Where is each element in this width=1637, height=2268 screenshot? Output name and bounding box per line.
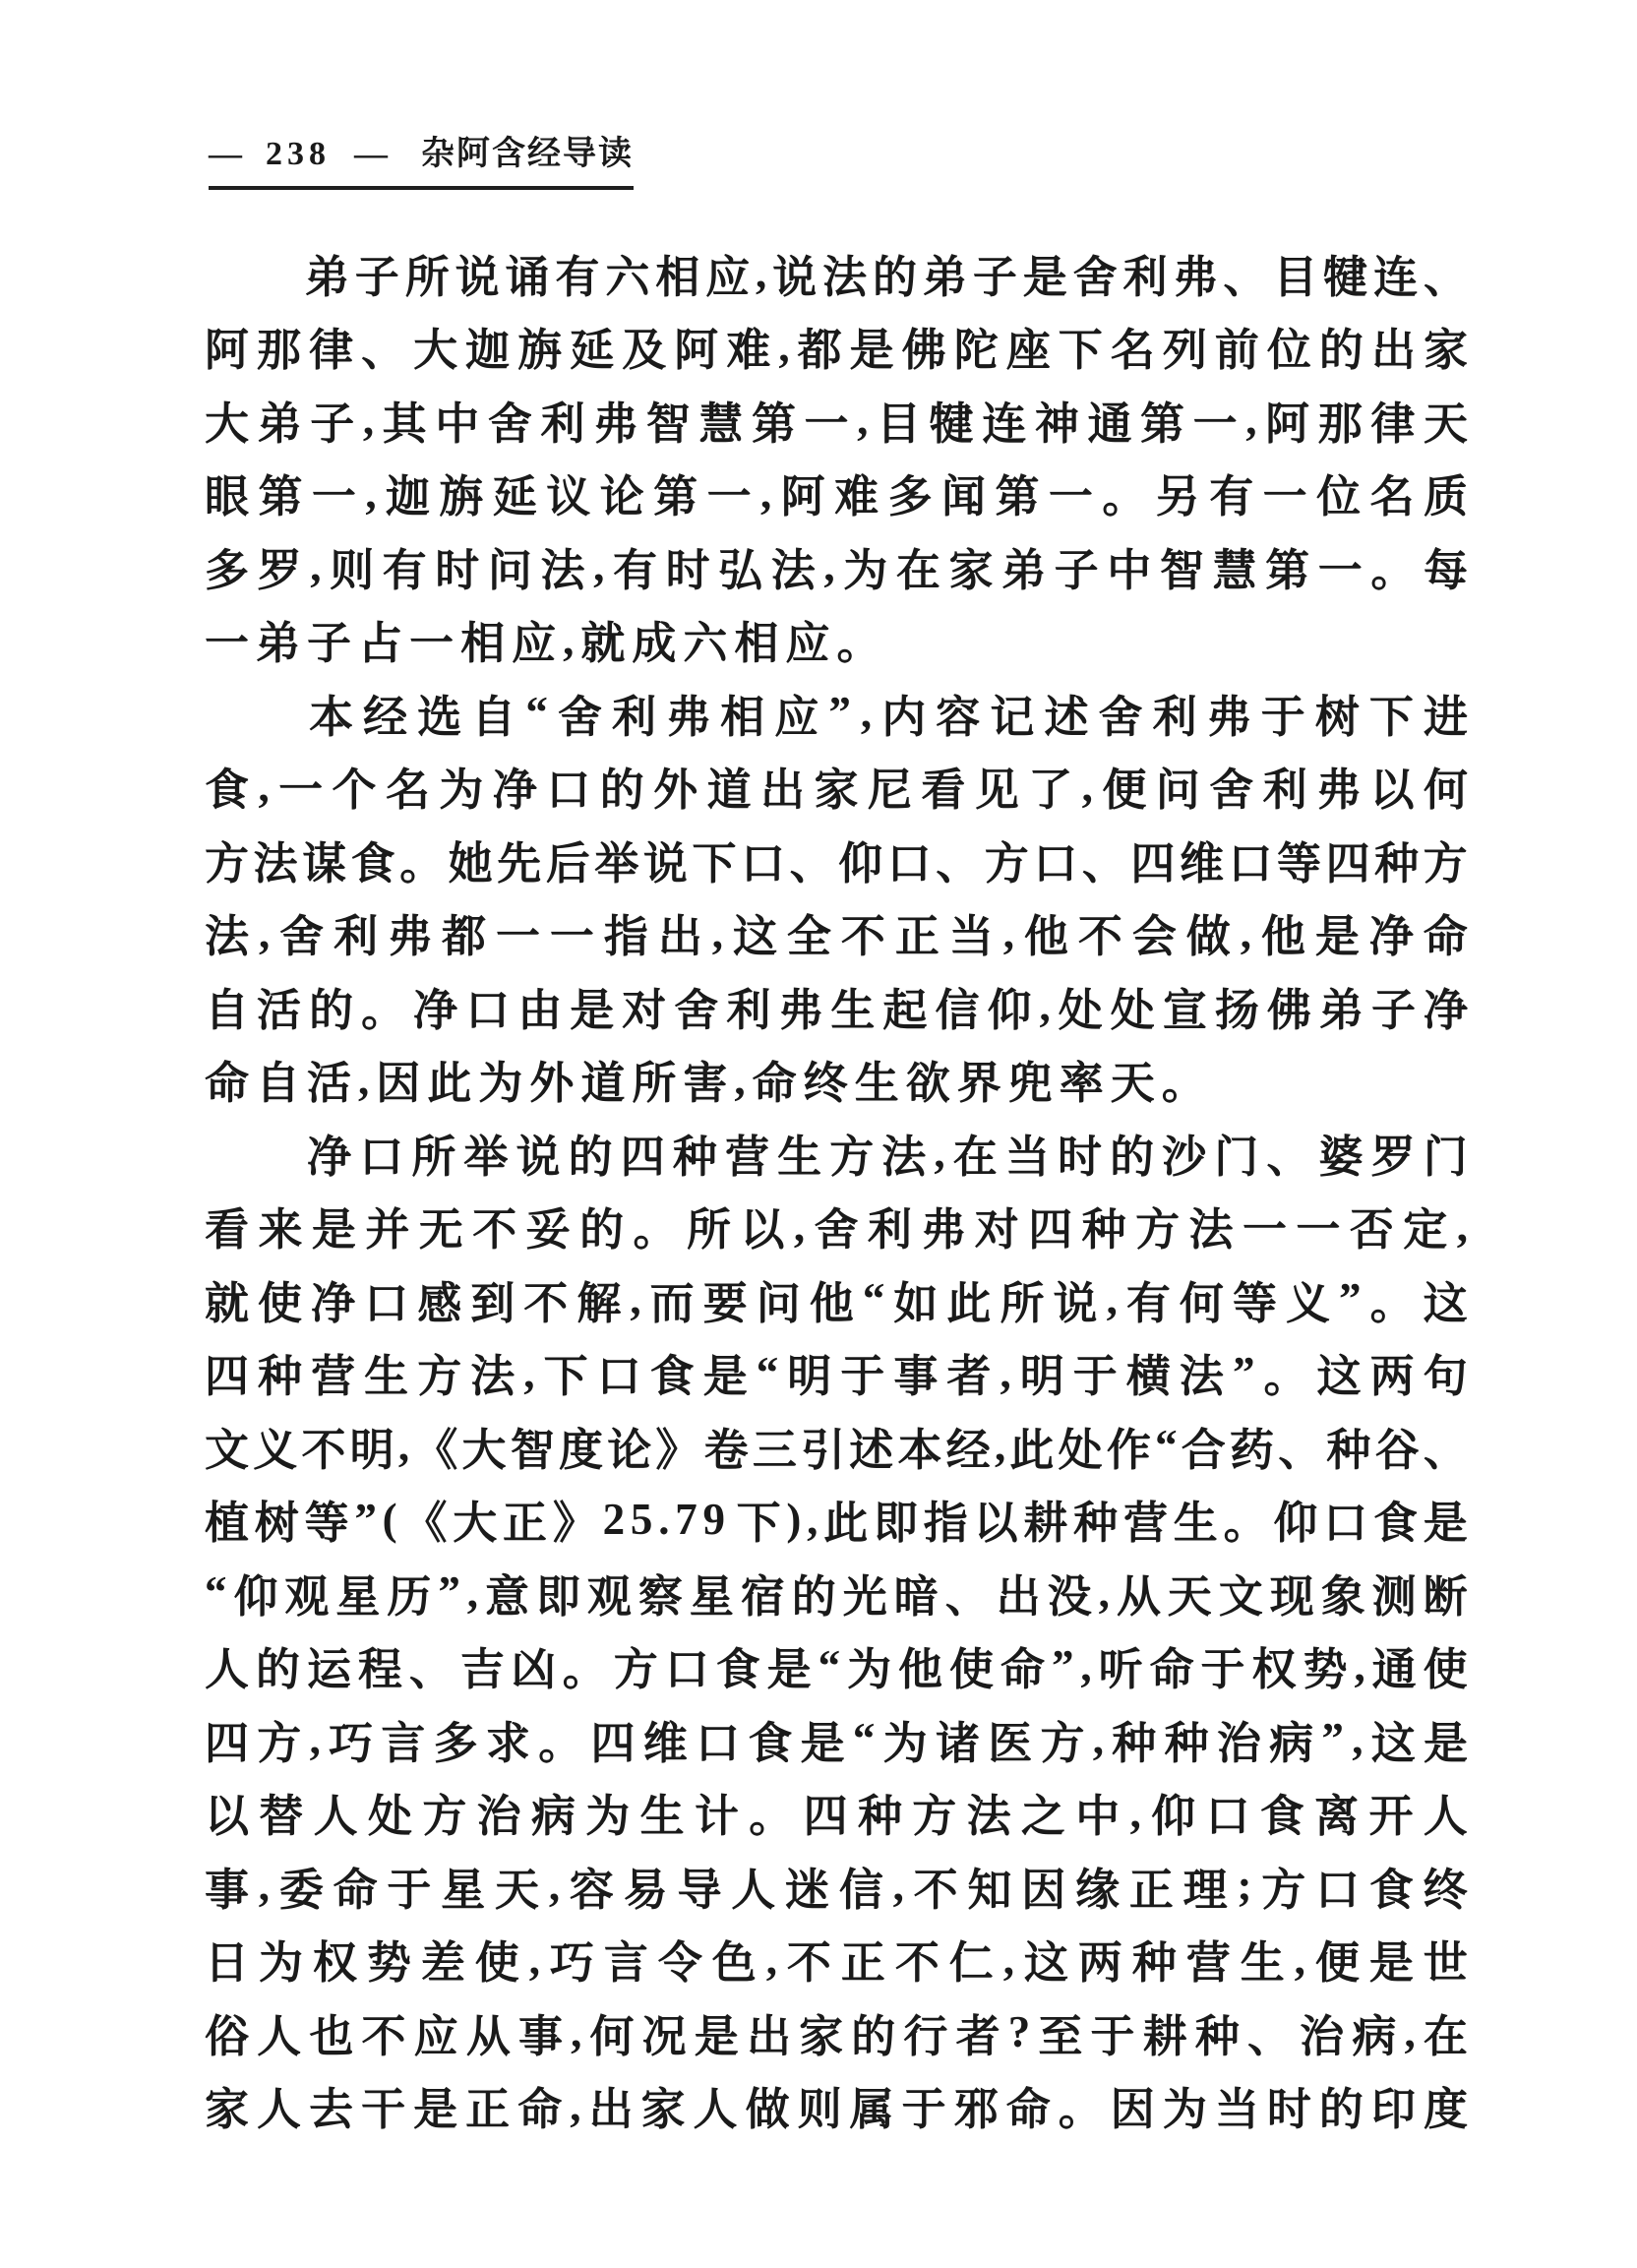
- text-line: 事,委命于星天,容易导人迷信,不知因缘正理;方口食终: [205, 1849, 1468, 1923]
- text-line: 植树等”(《大正》25.79 下),此即指以耕种营生。仰口食是: [205, 1483, 1468, 1557]
- text-line: 人的运程、吉凶。方口食是“为他使命”,听命于权势,通使: [205, 1629, 1468, 1703]
- text-line: 家人去干是正命,出家人做则属于邪命。因为当时的印度: [205, 2069, 1468, 2143]
- text-line: 就使净口感到不解,而要问他“如此所说,有何等义”。这: [205, 1262, 1468, 1336]
- text-line: 眼第一,迦旃延议论第一,阿难多闻第一。另有一位名质: [205, 457, 1468, 530]
- text-line: 四种营生方法,下口食是“明于事者,明于横法”。这两句: [205, 1336, 1468, 1410]
- text-line: 一弟子占一相应,就成六相应。: [205, 603, 1468, 677]
- text-line: “仰观星历”,意即观察星宿的光暗、出没,从天文现象测断: [205, 1556, 1468, 1629]
- text-line: 弟子所说诵有六相应,说法的弟子是舍利弗、目犍连、: [205, 236, 1468, 310]
- text-line: 俗人也不应从事,何况是出家的行者?至于耕种、治病,在: [205, 1995, 1468, 2069]
- text-line: 大弟子,其中舍利弗智慧第一,目犍连神通第一,阿那律天: [205, 383, 1468, 457]
- page-number: 238: [266, 136, 331, 173]
- text-line: 净口所举说的四种营生方法,在当时的沙门、婆罗门: [205, 1116, 1468, 1190]
- text-line: 文义不明,《大智度论》卷三引述本经,此处作“合药、种谷、: [205, 1409, 1468, 1483]
- text-line: 看来是并无不妥的。所以,舍利弗对四种方法一一否定,: [205, 1190, 1468, 1263]
- header-dash-right: —: [354, 136, 388, 173]
- text-line: 法,舍利弗都一一指出,这全不正当,他不会做,他是净命: [205, 896, 1468, 970]
- text-line: 多罗,则有时问法,有时弘法,为在家弟子中智慧第一。每: [205, 529, 1468, 603]
- header-dash-left: —: [209, 136, 242, 173]
- text-line: 方法谋食。她先后举说下口、仰口、方口、四维口等四种方: [205, 823, 1468, 896]
- text-line: 四方,巧言多求。四维口食是“为诸医方,种种治病”,这是: [205, 1702, 1468, 1776]
- text-line: 食,一个名为净口的外道出家尼看见了,便问舍利弗以何: [205, 750, 1468, 824]
- text-line: 自活的。净口由是对舍利弗生起信仰,处处宣扬佛弟子净: [205, 969, 1468, 1043]
- text-line: 阿那律、大迦旃延及阿难,都是佛陀座下名列前位的出家: [205, 310, 1468, 384]
- body-text: 弟子所说诵有六相应,说法的弟子是舍利弗、目犍连、阿那律、大迦旃延及阿难,都是佛陀…: [205, 236, 1468, 2142]
- text-line: 日为权势差使,巧言令色,不正不仁,这两种营生,便是世: [205, 1923, 1468, 1996]
- book-title: 杂阿含经导读: [421, 126, 634, 174]
- text-line: 命自活,因此为外道所害,命终生欲界兜率天。: [205, 1043, 1468, 1117]
- book-page: — 238 — 杂阿含经导读 弟子所说诵有六相应,说法的弟子是舍利弗、目犍连、阿…: [0, 0, 1637, 2268]
- text-line: 本经选自“舍利弗相应”,内容记述舍利弗于树下进: [205, 676, 1468, 750]
- text-line: 以替人处方治病为生计。四种方法之中,仰口食离开人: [205, 1776, 1468, 1850]
- running-head: — 238 — 杂阿含经导读: [209, 126, 634, 190]
